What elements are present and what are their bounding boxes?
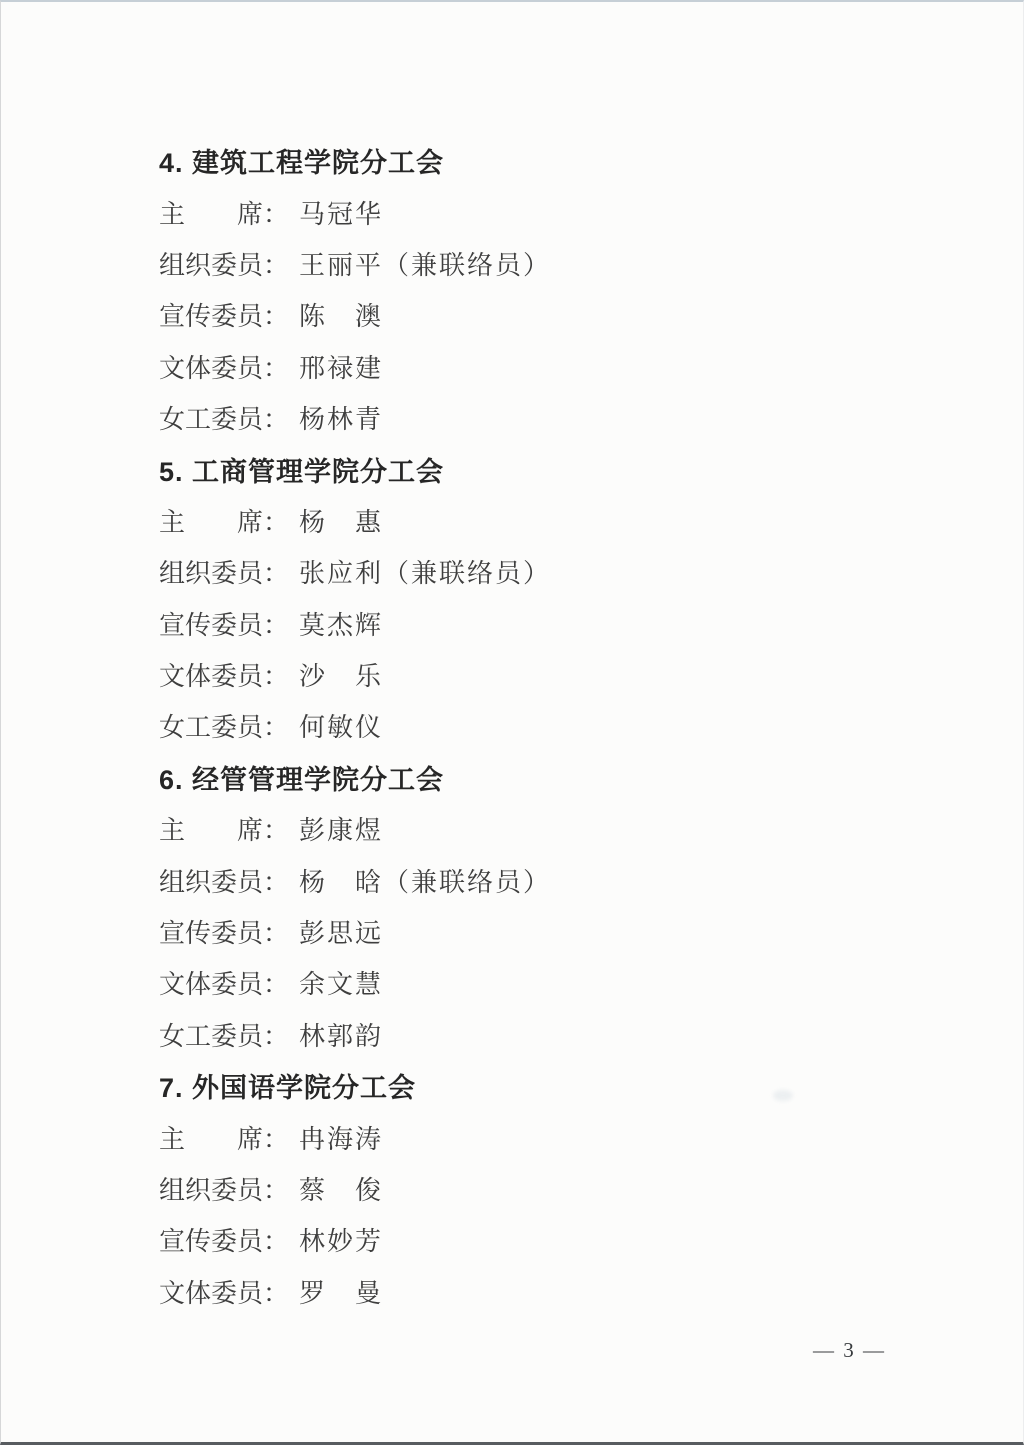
colon-separator: ： [263,913,289,950]
colon-separator: ： [263,348,289,385]
colon-separator: ： [263,399,289,436]
member-role: 宣传委员 [159,1221,263,1258]
member-name: 杨 晗（兼联络员） [299,862,551,899]
member-name: 林郭韵 [299,1016,383,1053]
member-name: 蔡 俊 [299,1170,383,1207]
member-row: 文体委员：邢禄建 [159,341,899,392]
member-row: 女工委员：杨林青 [159,392,899,443]
section-heading: 7. 外国语学院分工会 [159,1060,899,1111]
scan-smudge [773,1090,793,1101]
member-row: 组织委员：杨 晗（兼联络员） [159,854,899,905]
document-content: 4. 建筑工程学院分工会 主席：马冠华 组织委员：王丽平（兼联络员） 宣传委员：… [159,135,899,1317]
member-row: 宣传委员：林妙芳 [159,1214,899,1265]
member-name: 杨 惠 [299,502,383,539]
member-row: 文体委员：罗 曼 [159,1266,899,1317]
union-section: 6. 经管管理学院分工会 主席：彭康煜 组织委员：杨 晗（兼联络员） 宣传委员：… [159,752,899,1060]
member-name: 罗 曼 [299,1273,383,1310]
member-role: 女工委员 [159,707,263,744]
member-name: 林妙芳 [299,1221,383,1258]
colon-separator: ： [263,605,289,642]
member-row: 女工委员：林郭韵 [159,1009,899,1060]
member-role: 主席 [159,194,263,231]
colon-separator: ： [263,1119,289,1156]
union-section: 5. 工商管理学院分工会 主席：杨 惠 组织委员：张应利（兼联络员） 宣传委员：… [159,443,899,751]
colon-separator: ： [263,1170,289,1207]
member-row: 主席：杨 惠 [159,495,899,546]
section-heading: 6. 经管管理学院分工会 [159,752,899,803]
member-role: 宣传委员 [159,605,263,642]
colon-separator: ： [263,810,289,847]
member-role: 组织委员 [159,1170,263,1207]
member-row: 文体委员：余文慧 [159,957,899,1008]
member-role: 主席 [159,502,263,539]
member-row: 宣传委员：陈 澳 [159,289,899,340]
member-row: 宣传委员：莫杰辉 [159,598,899,649]
colon-separator: ： [263,862,289,899]
member-name: 余文慧 [299,964,383,1001]
member-name: 杨林青 [299,399,383,436]
member-name: 冉海涛 [299,1119,383,1156]
member-name: 沙 乐 [299,656,383,693]
member-row: 组织委员：蔡 俊 [159,1163,899,1214]
member-name: 陈 澳 [299,296,383,333]
member-role: 文体委员 [159,348,263,385]
union-section: 4. 建筑工程学院分工会 主席：马冠华 组织委员：王丽平（兼联络员） 宣传委员：… [159,135,899,443]
section-heading: 4. 建筑工程学院分工会 [159,135,899,186]
colon-separator: ： [263,502,289,539]
colon-separator: ： [263,656,289,693]
member-row: 主席：马冠华 [159,186,899,237]
document-page: 4. 建筑工程学院分工会 主席：马冠华 组织委员：王丽平（兼联络员） 宣传委员：… [0,0,1024,1445]
member-name: 邢禄建 [299,348,383,385]
member-role: 组织委员 [159,245,263,282]
member-role: 女工委员 [159,399,263,436]
member-name: 彭思远 [299,913,383,950]
member-name: 莫杰辉 [299,605,383,642]
member-role: 组织委员 [159,862,263,899]
member-role: 文体委员 [159,1273,263,1310]
member-name: 彭康煜 [299,810,383,847]
member-role: 宣传委员 [159,913,263,950]
colon-separator: ： [263,1016,289,1053]
member-role: 主席 [159,810,263,847]
member-name: 张应利（兼联络员） [299,553,551,590]
member-role: 文体委员 [159,656,263,693]
member-row: 组织委员：张应利（兼联络员） [159,546,899,597]
page-number: — 3 — [813,1338,886,1363]
colon-separator: ： [263,1273,289,1310]
colon-separator: ： [263,296,289,333]
member-row: 宣传委员：彭思远 [159,906,899,957]
member-row: 组织委员：王丽平（兼联络员） [159,238,899,289]
colon-separator: ： [263,964,289,1001]
colon-separator: ： [263,194,289,231]
member-role: 宣传委员 [159,296,263,333]
colon-separator: ： [263,707,289,744]
member-name: 王丽平（兼联络员） [299,245,551,282]
member-row: 主席：冉海涛 [159,1111,899,1162]
member-role: 组织委员 [159,553,263,590]
section-heading: 5. 工商管理学院分工会 [159,443,899,494]
member-role: 女工委员 [159,1016,263,1053]
colon-separator: ： [263,553,289,590]
member-row: 女工委员：何敏仪 [159,700,899,751]
member-row: 文体委员：沙 乐 [159,649,899,700]
member-role: 文体委员 [159,964,263,1001]
colon-separator: ： [263,1221,289,1258]
member-row: 主席：彭康煜 [159,803,899,854]
member-name: 何敏仪 [299,707,383,744]
colon-separator: ： [263,245,289,282]
member-role: 主席 [159,1119,263,1156]
member-name: 马冠华 [299,194,383,231]
